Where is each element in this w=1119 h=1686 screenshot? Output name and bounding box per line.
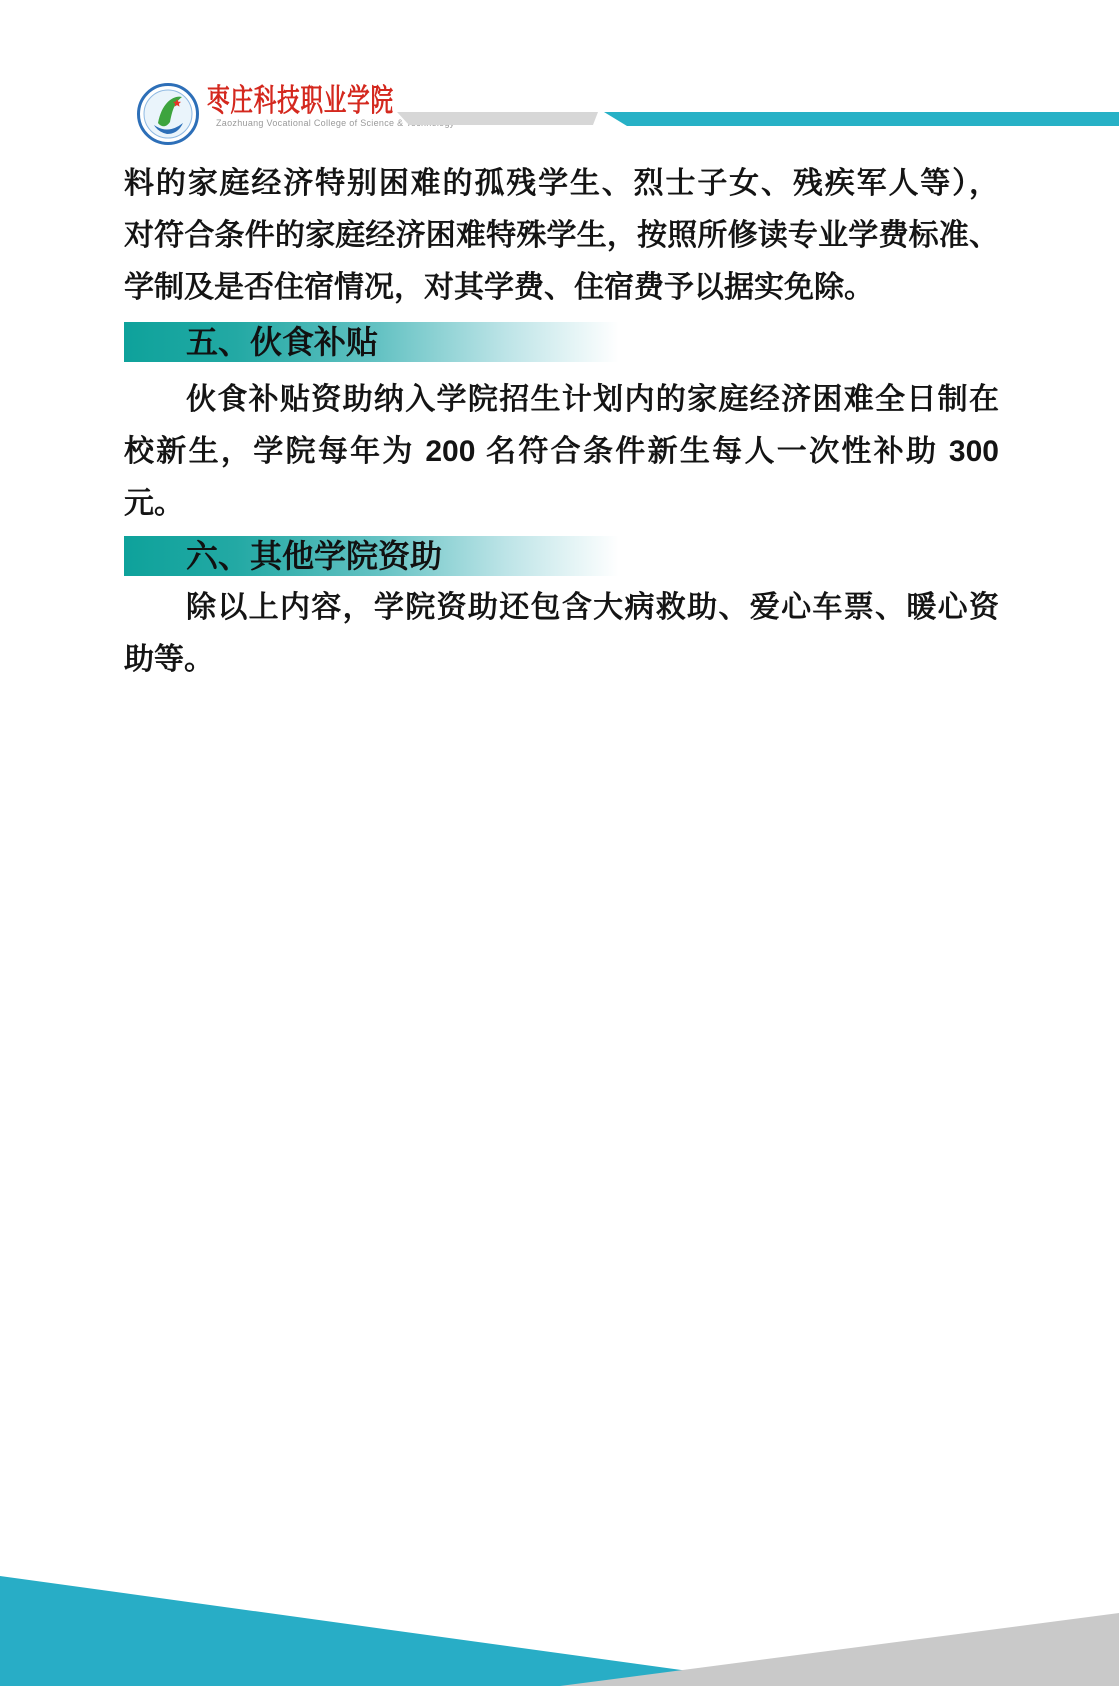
header-ribbon-gray (397, 112, 598, 125)
document-page: 枣庄科技职业学院 Zaozhuang Vocational College of… (0, 0, 1119, 1686)
header-ribbon-teal (604, 112, 1119, 126)
text-line: 除以上内容，学院资助还包含大病救助、爱心车票、暖心资 (124, 582, 999, 634)
text-line: 伙食补贴资助纳入学院招生计划内的家庭经济困难全日制在 (124, 374, 999, 426)
text-line: 对符合条件的家庭经济困难特殊学生，按照所修读专业学费标准、 (124, 210, 999, 262)
section-heading-food-subsidy: 五、伙食补贴 (124, 322, 634, 362)
paragraph-other-aid: 除以上内容，学院资助还包含大病救助、爱心车票、暖心资 助等。 (124, 582, 999, 686)
section-heading-label: 五、伙食补贴 (186, 322, 378, 362)
college-name-chinese: 枣庄科技职业学院 (207, 84, 394, 118)
text-line: 学制及是否住宿情况，对其学费、住宿费予以据实免除。 (124, 262, 999, 314)
text-line: 校新生，学院每年为 200 名符合条件新生每人一次性补助 300 元。 (124, 426, 999, 530)
text-line: 助等。 (124, 634, 999, 686)
document-body: 料的家庭经济特别困难的孤残学生、烈士子女、残疾军人等）， 对符合条件的家庭经济困… (124, 158, 999, 686)
college-emblem-icon (136, 82, 200, 146)
section-heading-label: 六、其他学院资助 (186, 536, 442, 576)
section-heading-other-aid: 六、其他学院资助 (124, 536, 634, 576)
paragraph-food-subsidy: 伙食补贴资助纳入学院招生计划内的家庭经济困难全日制在 校新生，学院每年为 200… (124, 374, 999, 530)
text-line: 料的家庭经济特别困难的孤残学生、烈士子女、残疾军人等）， (124, 158, 999, 210)
paragraph-tuition-waiver: 料的家庭经济特别困难的孤残学生、烈士子女、残疾军人等）， 对符合条件的家庭经济困… (124, 158, 999, 314)
